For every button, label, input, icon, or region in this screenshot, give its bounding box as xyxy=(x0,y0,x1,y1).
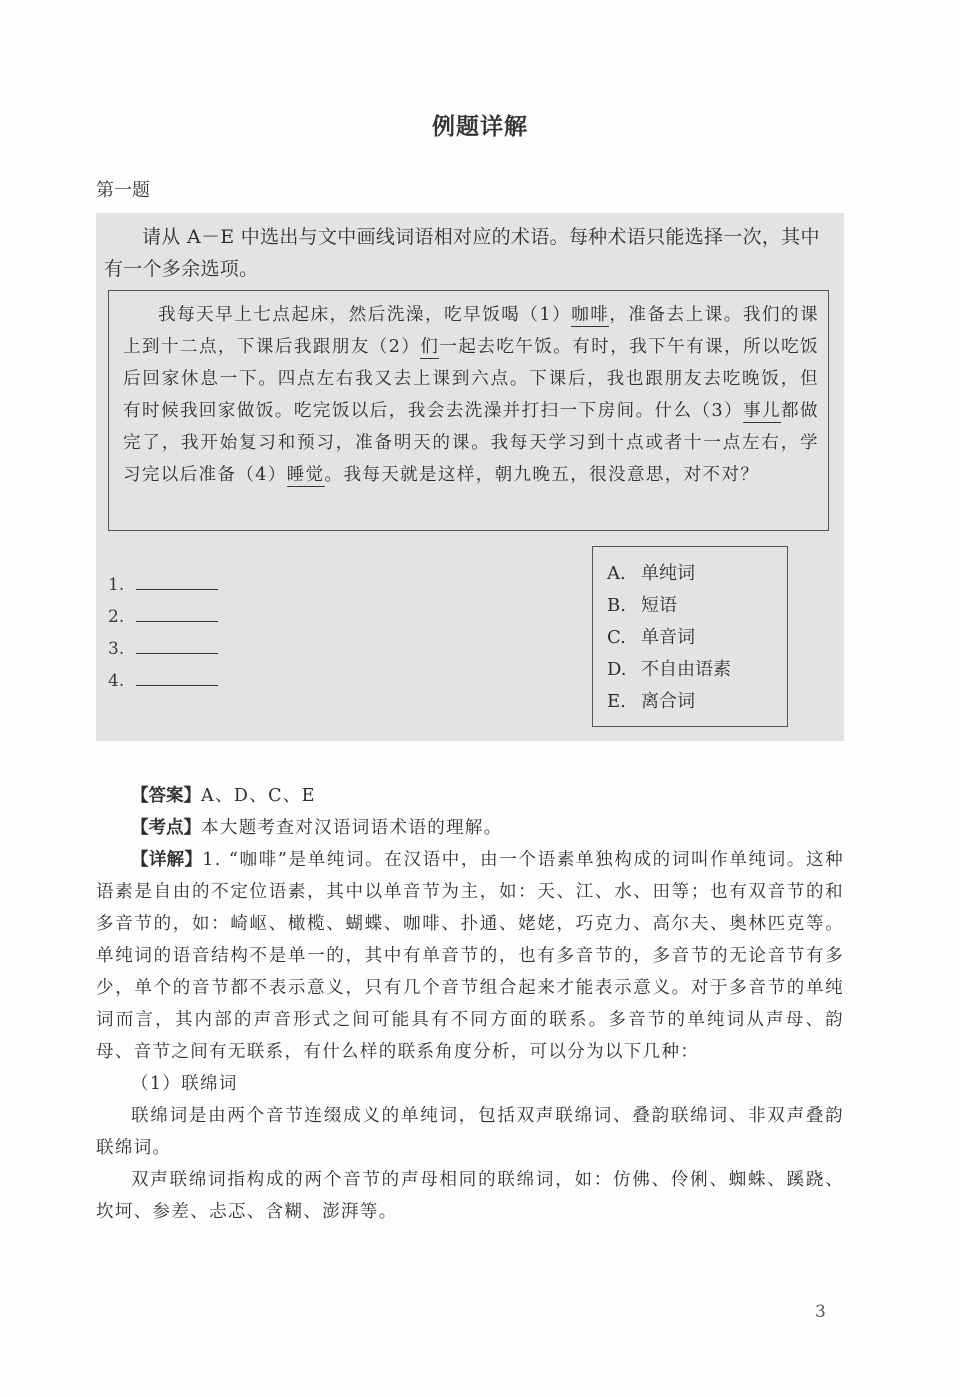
option-d: D.不自由语素 xyxy=(607,654,787,686)
blank-number: 4. xyxy=(108,671,134,691)
blank-field[interactable] xyxy=(136,607,218,622)
detail-tag: 【详解】 xyxy=(131,850,202,870)
option-text: 单音词 xyxy=(641,627,695,648)
underlined-term-4: 睡觉 xyxy=(287,465,325,487)
option-a: A.单纯词 xyxy=(607,558,787,590)
option-letter: C. xyxy=(607,622,641,654)
passage-segment: 我每天早上七点起床，然后洗澡，吃早饭喝（1） xyxy=(158,305,571,325)
underlined-term-1: 咖啡 xyxy=(571,305,609,327)
option-letter: A. xyxy=(607,558,641,590)
blank-row: 4. xyxy=(108,671,218,703)
detail-text: 1. “咖啡”是单纯词。在汉语中，由一个语素单独构成的词叫作单纯词。这种语素是自… xyxy=(96,850,844,1062)
blank-row: 3. xyxy=(108,639,218,671)
blank-number: 1. xyxy=(108,575,134,595)
option-e: E.离合词 xyxy=(607,686,787,718)
page-number: 3 xyxy=(815,1302,826,1322)
option-letter: D. xyxy=(607,654,641,686)
point-text: 本大题考查对汉语词语术语的理解。 xyxy=(201,818,503,838)
paragraph: 双声联绵词指构成的两个音节的声母相同的联绵词，如：仿佛、伶俐、蜘蛛、蹊跷、坎坷、… xyxy=(96,1164,844,1228)
point-line: 【考点】本大题考查对汉语词语术语的理解。 xyxy=(96,812,844,844)
option-b: B.短语 xyxy=(607,590,787,622)
solution-section: 【答案】A、D、C、E 【考点】本大题考查对汉语词语术语的理解。 【详解】1. … xyxy=(96,780,844,1228)
passage-text: 我每天早上七点起床，然后洗澡，吃早饭喝（1）咖啡，准备去上课。我们的课上到十二点… xyxy=(123,299,819,491)
section-label: 第一题 xyxy=(96,176,150,202)
passage-box: 我每天早上七点起床，然后洗澡，吃早饭喝（1）咖啡，准备去上课。我们的课上到十二点… xyxy=(108,290,829,531)
blank-row: 1. xyxy=(108,575,218,607)
underlined-term-2: 们 xyxy=(420,337,439,359)
answer-blanks: 1. 2. 3. 4. xyxy=(108,575,218,703)
options-box: A.单纯词 B.短语 C.单音词 D.不自由语素 E.离合词 xyxy=(592,546,788,727)
detail-paragraph: 【详解】1. “咖啡”是单纯词。在汉语中，由一个语素单独构成的词叫作单纯词。这种… xyxy=(96,844,844,1068)
answer-tag: 【答案】 xyxy=(131,786,201,806)
paragraph: 联绵词是由两个音节连缀成义的单纯词，包括双声联绵词、叠韵联绵词、非双声叠韵联绵词… xyxy=(96,1100,844,1164)
option-letter: B. xyxy=(607,590,641,622)
blank-field[interactable] xyxy=(136,639,218,654)
option-letter: E. xyxy=(607,686,641,718)
blank-number: 2. xyxy=(108,607,134,627)
question-box: 请从 A－E 中选出与文中画线词语相对应的术语。每种术语只能选择一次，其中有一个… xyxy=(96,213,844,741)
answer-value: A、D、C、E xyxy=(201,786,316,806)
option-text: 短语 xyxy=(641,595,677,616)
underlined-term-3: 事儿 xyxy=(743,401,781,423)
question-instruction: 请从 A－E 中选出与文中画线词语相对应的术语。每种术语只能选择一次，其中有一个… xyxy=(104,221,839,285)
blank-row: 2. xyxy=(108,607,218,639)
subheading: （1）联绵词 xyxy=(96,1068,844,1100)
answer-line: 【答案】A、D、C、E xyxy=(96,780,844,812)
point-tag: 【考点】 xyxy=(131,818,201,838)
page-title: 例题详解 xyxy=(0,108,960,141)
option-text: 不自由语素 xyxy=(641,659,731,680)
option-text: 离合词 xyxy=(641,691,695,712)
blank-field[interactable] xyxy=(136,671,218,686)
blank-field[interactable] xyxy=(136,575,218,590)
passage-segment: 。我每天就是这样，朝九晚五，很没意思，对不对？ xyxy=(325,465,760,485)
blank-number: 3. xyxy=(108,639,134,659)
option-text: 单纯词 xyxy=(641,563,695,584)
option-c: C.单音词 xyxy=(607,622,787,654)
